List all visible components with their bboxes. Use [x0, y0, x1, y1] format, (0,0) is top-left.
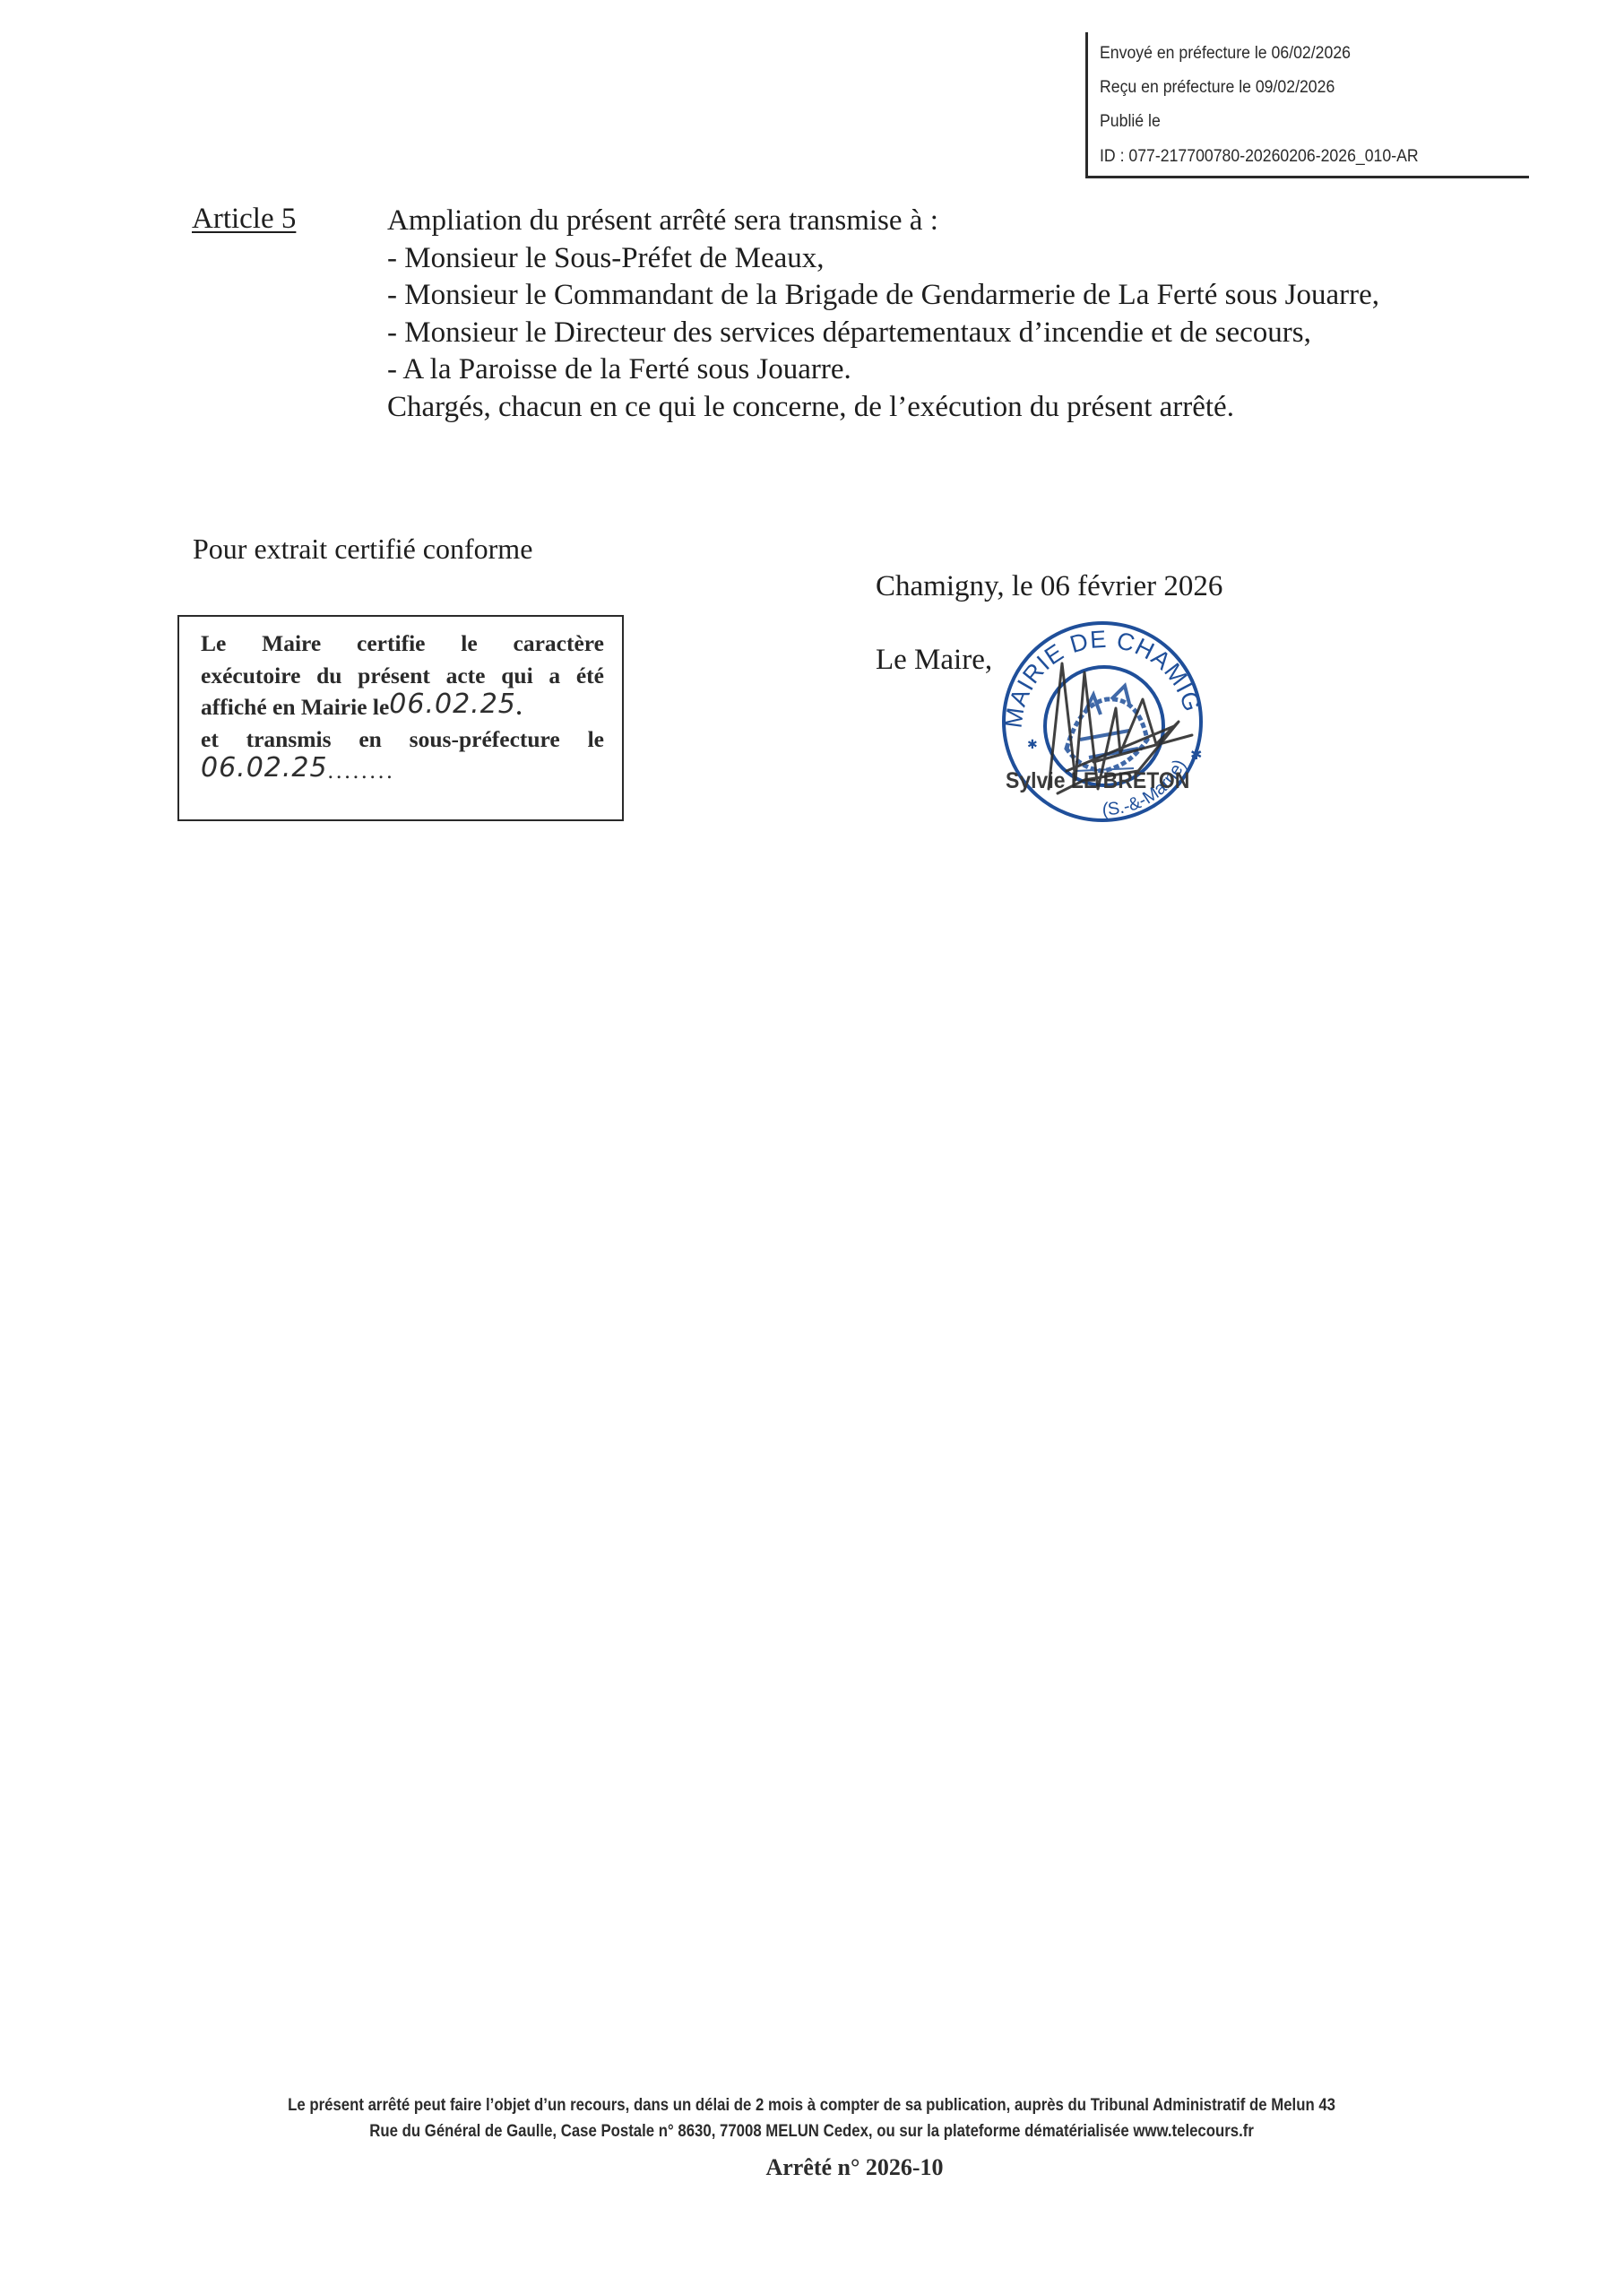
- certificate-line: 06.02.25 ........: [201, 755, 604, 787]
- punctuation: .: [516, 691, 522, 723]
- article-body: Ampliation du présent arrêté sera transm…: [387, 203, 1379, 427]
- word: et: [201, 723, 219, 756]
- article-closing: Chargés, chacun en ce qui le concerne, d…: [387, 389, 1379, 427]
- appeal-notice-text: Rue du Général de Gaulle, Case Postale n…: [370, 2121, 1255, 2142]
- certificate-line: affiché en Mairie le 06.02.25 .: [201, 691, 604, 723]
- received-by-prefecture-date: Reçu en préfecture le 09/02/2026: [1100, 78, 1335, 98]
- word: caractère: [514, 628, 604, 660]
- word: acte: [446, 660, 486, 692]
- appeal-notice-text: Le présent arrêté peut faire l’objet d’u…: [289, 2095, 1336, 2116]
- handwritten-signature-icon: [1031, 645, 1246, 798]
- word: certifie: [357, 628, 425, 660]
- published-date: Publié le: [1100, 112, 1161, 132]
- dotted-fill: ........: [328, 755, 395, 787]
- word: le: [461, 628, 477, 660]
- word: en: [358, 723, 382, 756]
- appeal-notice-line-2: Rue du Général de Gaulle, Case Postale n…: [0, 2121, 1624, 2142]
- word: exécutoire: [201, 660, 300, 692]
- posted-label: affiché en Mairie le: [201, 691, 389, 723]
- act-identifier: ID : 077-217700780-20260206-2026_010-AR: [1100, 147, 1419, 167]
- word: Maire: [262, 628, 321, 660]
- certificate-line: Le Maire certifie le caractère: [201, 628, 604, 660]
- signatory-role: Le Maire,: [876, 644, 992, 677]
- place-and-date: Chamigny, le 06 février 2026: [876, 570, 1222, 603]
- certificate-line: et transmis en sous-préfecture le: [201, 723, 604, 756]
- decree-number: Arrêté n° 2026-10: [0, 2154, 1624, 2181]
- recipient-item: - Monsieur le Directeur des services dép…: [387, 315, 1379, 352]
- certificate-line: exécutoire du présent acte qui a été: [201, 660, 604, 692]
- article-label: Article 5: [192, 203, 296, 236]
- enforceability-certificate-box: Le Maire certifie le caractère exécutoir…: [177, 615, 624, 821]
- word: transmis: [246, 723, 332, 756]
- handwritten-transmitted-date: 06.02.25: [201, 752, 328, 784]
- recipient-item: - A la Paroisse de la Ferté sous Jouarre…: [387, 351, 1379, 389]
- word: été: [576, 660, 604, 692]
- certificate-text: Le Maire certifie le caractère exécutoir…: [201, 628, 604, 787]
- word: sous-préfecture: [410, 723, 560, 756]
- prefecture-transmission-stamp: Envoyé en préfecture le 06/02/2026 Reçu …: [1085, 32, 1529, 178]
- word: Le: [201, 628, 226, 660]
- word: présent: [358, 660, 430, 692]
- recipient-item: - Monsieur le Commandant de la Brigade d…: [387, 277, 1379, 315]
- word: a: [549, 660, 560, 692]
- handwritten-posted-date: 06.02.25: [389, 688, 516, 721]
- word: le: [588, 723, 604, 756]
- word: qui: [501, 660, 532, 692]
- decree-number-text: Arrêté n° 2026-10: [765, 2154, 943, 2181]
- certified-extract-heading: Pour extrait certifié conforme: [193, 533, 532, 566]
- recipient-item: - Monsieur le Sous-Préfet de Meaux,: [387, 240, 1379, 278]
- word: du: [316, 660, 341, 692]
- sent-to-prefecture-date: Envoyé en préfecture le 06/02/2026: [1100, 44, 1351, 64]
- appeal-notice-line-1: Le présent arrêté peut faire l’objet d’u…: [0, 2095, 1624, 2116]
- article-intro: Ampliation du présent arrêté sera transm…: [387, 203, 1379, 240]
